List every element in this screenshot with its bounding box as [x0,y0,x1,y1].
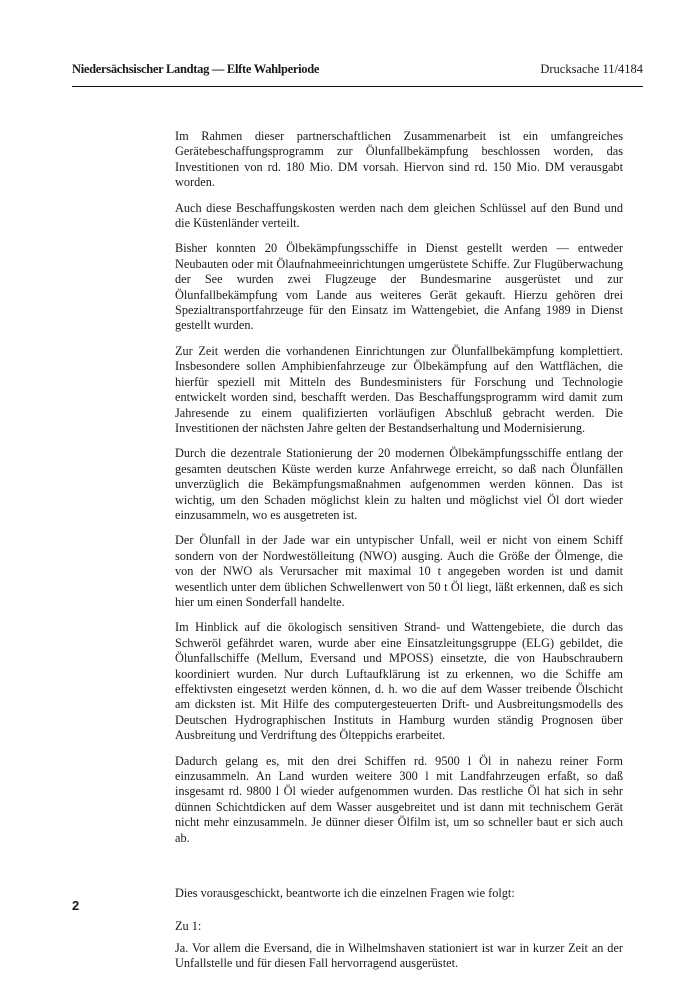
header-document-number: Drucksache 11/4184 [540,62,643,77]
paragraph: Durch die dezentrale Stationierung der 2… [175,446,623,523]
paragraph: Zur Zeit werden die vorhandenen Einricht… [175,344,623,436]
paragraph: Dadurch gelang es, mit den drei Schiffen… [175,754,623,846]
paragraph: Im Hinblick auf die ökologisch sensitive… [175,620,623,743]
document-body: Im Rahmen dieser partnerschaftlichen Zus… [175,129,623,982]
page-header: Niedersächsischer Landtag — Elfte Wahlpe… [72,62,643,82]
header-rule [72,86,643,87]
paragraph: Bisher konnten 20 Ölbekämpfungsschiffe i… [175,241,623,333]
header-parliament-title: Niedersächsischer Landtag — Elfte Wahlpe… [72,62,319,77]
question-label: Zu 1: [175,919,623,934]
answer-paragraph: Ja. Vor allem die Eversand, die in Wilhe… [175,941,623,972]
paragraph: Auch diese Beschaffungskosten werden nac… [175,201,623,232]
paragraph: Der Ölunfall in der Jade war ein untypis… [175,533,623,610]
paragraph: Im Rahmen dieser partnerschaftlichen Zus… [175,129,623,191]
page-number: 2 [72,898,79,913]
answers-intro: Dies vorausgeschickt, beantworte ich die… [175,886,623,901]
